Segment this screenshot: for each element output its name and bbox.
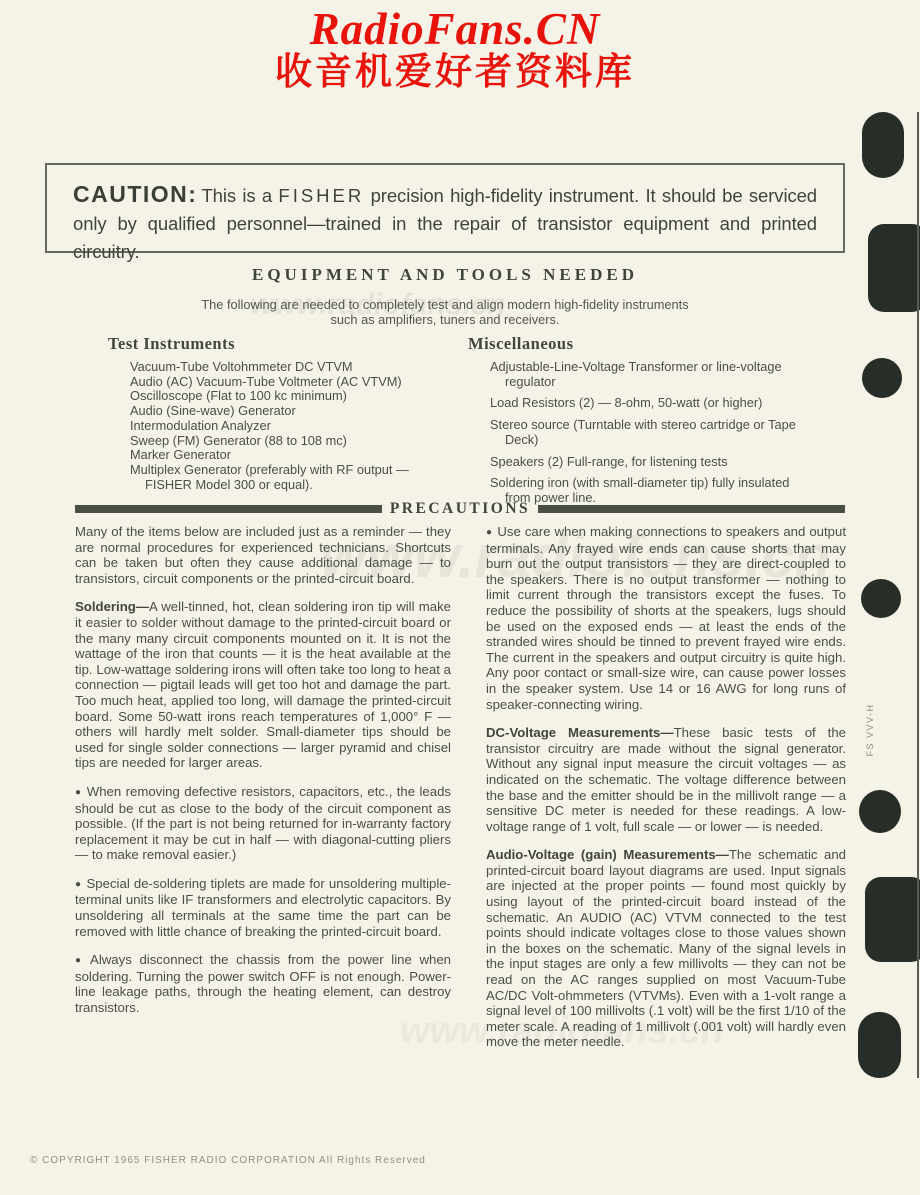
divider-bar-right — [538, 505, 845, 513]
binder-mark — [858, 1012, 901, 1078]
precaution-paragraph: ●Use care when making connections to spe… — [486, 524, 846, 712]
scanned-manual-page: RadioFans.CN 收音机爱好者资料库 www.radiofans.cn … — [0, 0, 920, 1195]
precaution-paragraph: ●Special de-soldering tiplets are made f… — [75, 876, 451, 939]
site-subtitle: 收音机爱好者资料库 — [0, 52, 910, 92]
list-item: Stereo source (Turntable with stereo car… — [490, 418, 798, 447]
site-title: RadioFans.CN — [0, 6, 910, 52]
list-item: Vacuum-Tube Voltohmmeter DC VTVM — [130, 360, 438, 375]
paragraph-text: Many of the items below are included jus… — [75, 524, 451, 586]
list-item: Load Resistors (2) — 8-ohm, 50-watt (or … — [490, 396, 798, 411]
caution-box: CAUTION:This is a FISHER precision high-… — [45, 163, 845, 253]
caution-label: CAUTION: — [73, 181, 197, 207]
divider-bar-left — [75, 505, 382, 513]
side-marking-text: FS VVV-H — [840, 700, 900, 760]
precautions-divider: PRECAUTIONS — [75, 500, 845, 518]
precautions-title: PRECAUTIONS — [390, 500, 530, 518]
paragraph-lead: Audio-Voltage (gain) Measurements— — [486, 847, 729, 862]
fisher-brand: FISHER — [278, 185, 364, 206]
paragraph-text: The schematic and printed-circuit board … — [486, 847, 846, 1049]
equipment-intro-line2: such as amplifiers, tuners and receivers… — [45, 313, 845, 328]
bullet-icon: ● — [75, 955, 85, 966]
test-instruments-heading: Test Instruments — [108, 334, 438, 354]
equipment-intro: The following are needed to completely t… — [45, 298, 845, 327]
precaution-paragraph: ●Always disconnect the chassis from the … — [75, 952, 451, 1015]
paragraph-text: These basic tests of the transistor circ… — [486, 725, 846, 834]
equipment-section-title: EQUIPMENT AND TOOLS NEEDED — [45, 265, 845, 285]
site-header: RadioFans.CN 收音机爱好者资料库 — [0, 6, 910, 92]
precaution-paragraph: ●When removing defective resistors, capa… — [75, 784, 451, 863]
list-item: Multiplex Generator (preferably with RF … — [130, 463, 438, 492]
caution-before-brand: This is a — [201, 185, 278, 206]
precaution-paragraph: Many of the items below are included jus… — [75, 524, 451, 586]
precaution-paragraph: Audio-Voltage (gain) Measurements—The sc… — [486, 847, 846, 1050]
binder-mark — [862, 112, 904, 178]
paragraph-text: When removing defective resistors, capac… — [75, 784, 451, 862]
test-instruments-column: Test Instruments Vacuum-Tube Voltohmmete… — [108, 334, 438, 492]
paragraph-lead: DC-Voltage Measurements— — [486, 725, 674, 740]
miscellaneous-heading: Miscellaneous — [468, 334, 798, 354]
list-item: Adjustable-Line-Voltage Transformer or l… — [490, 360, 798, 389]
precautions-right-column: ●Use care when making connections to spe… — [486, 524, 846, 1063]
list-item: Marker Generator — [130, 448, 438, 463]
punch-hole — [859, 790, 901, 833]
paragraph-lead: Soldering— — [75, 599, 149, 614]
miscellaneous-column: Miscellaneous Adjustable-Line-Voltage Tr… — [468, 334, 798, 513]
list-item: Audio (Sine-wave) Generator — [130, 404, 438, 419]
punch-hole — [862, 358, 902, 398]
precautions-left-column: Many of the items below are included jus… — [75, 524, 451, 1029]
precaution-paragraph: Soldering—A well-tinned, hot, clean sold… — [75, 599, 451, 771]
paragraph-text: A well-tinned, hot, clean soldering iron… — [75, 599, 451, 770]
list-item: Intermodulation Analyzer — [130, 419, 438, 434]
caution-text: CAUTION:This is a FISHER precision high-… — [73, 180, 817, 266]
equipment-intro-line1: The following are needed to completely t… — [45, 298, 845, 313]
copyright-notice: © COPYRIGHT 1965 FISHER RADIO CORPORATIO… — [30, 1155, 426, 1166]
miscellaneous-list: Adjustable-Line-Voltage Transformer or l… — [468, 360, 798, 506]
list-item: Sweep (FM) Generator (88 to 108 mc) — [130, 434, 438, 449]
punch-hole — [861, 579, 901, 618]
precaution-paragraph: DC-Voltage Measurements—These basic test… — [486, 725, 846, 834]
bullet-icon: ● — [486, 527, 492, 538]
paragraph-text: Always disconnect the chassis from the p… — [75, 952, 451, 1015]
list-item: Oscilloscope (Flat to 100 kc minimum) — [130, 389, 438, 404]
paragraph-text: Use care when making connections to spea… — [486, 524, 846, 712]
bullet-icon: ● — [75, 879, 82, 890]
paragraph-text: Special de-soldering tiplets are made fo… — [75, 876, 451, 939]
bullet-icon: ● — [75, 787, 82, 798]
test-instruments-list: Vacuum-Tube Voltohmmeter DC VTVM Audio (… — [108, 360, 438, 492]
binder-mark — [868, 224, 920, 312]
binder-mark — [865, 877, 920, 962]
list-item: Speakers (2) Full-range, for listening t… — [490, 455, 798, 470]
page-edge-line — [917, 112, 919, 1078]
list-item: Audio (AC) Vacuum-Tube Voltmeter (AC VTV… — [130, 375, 438, 390]
